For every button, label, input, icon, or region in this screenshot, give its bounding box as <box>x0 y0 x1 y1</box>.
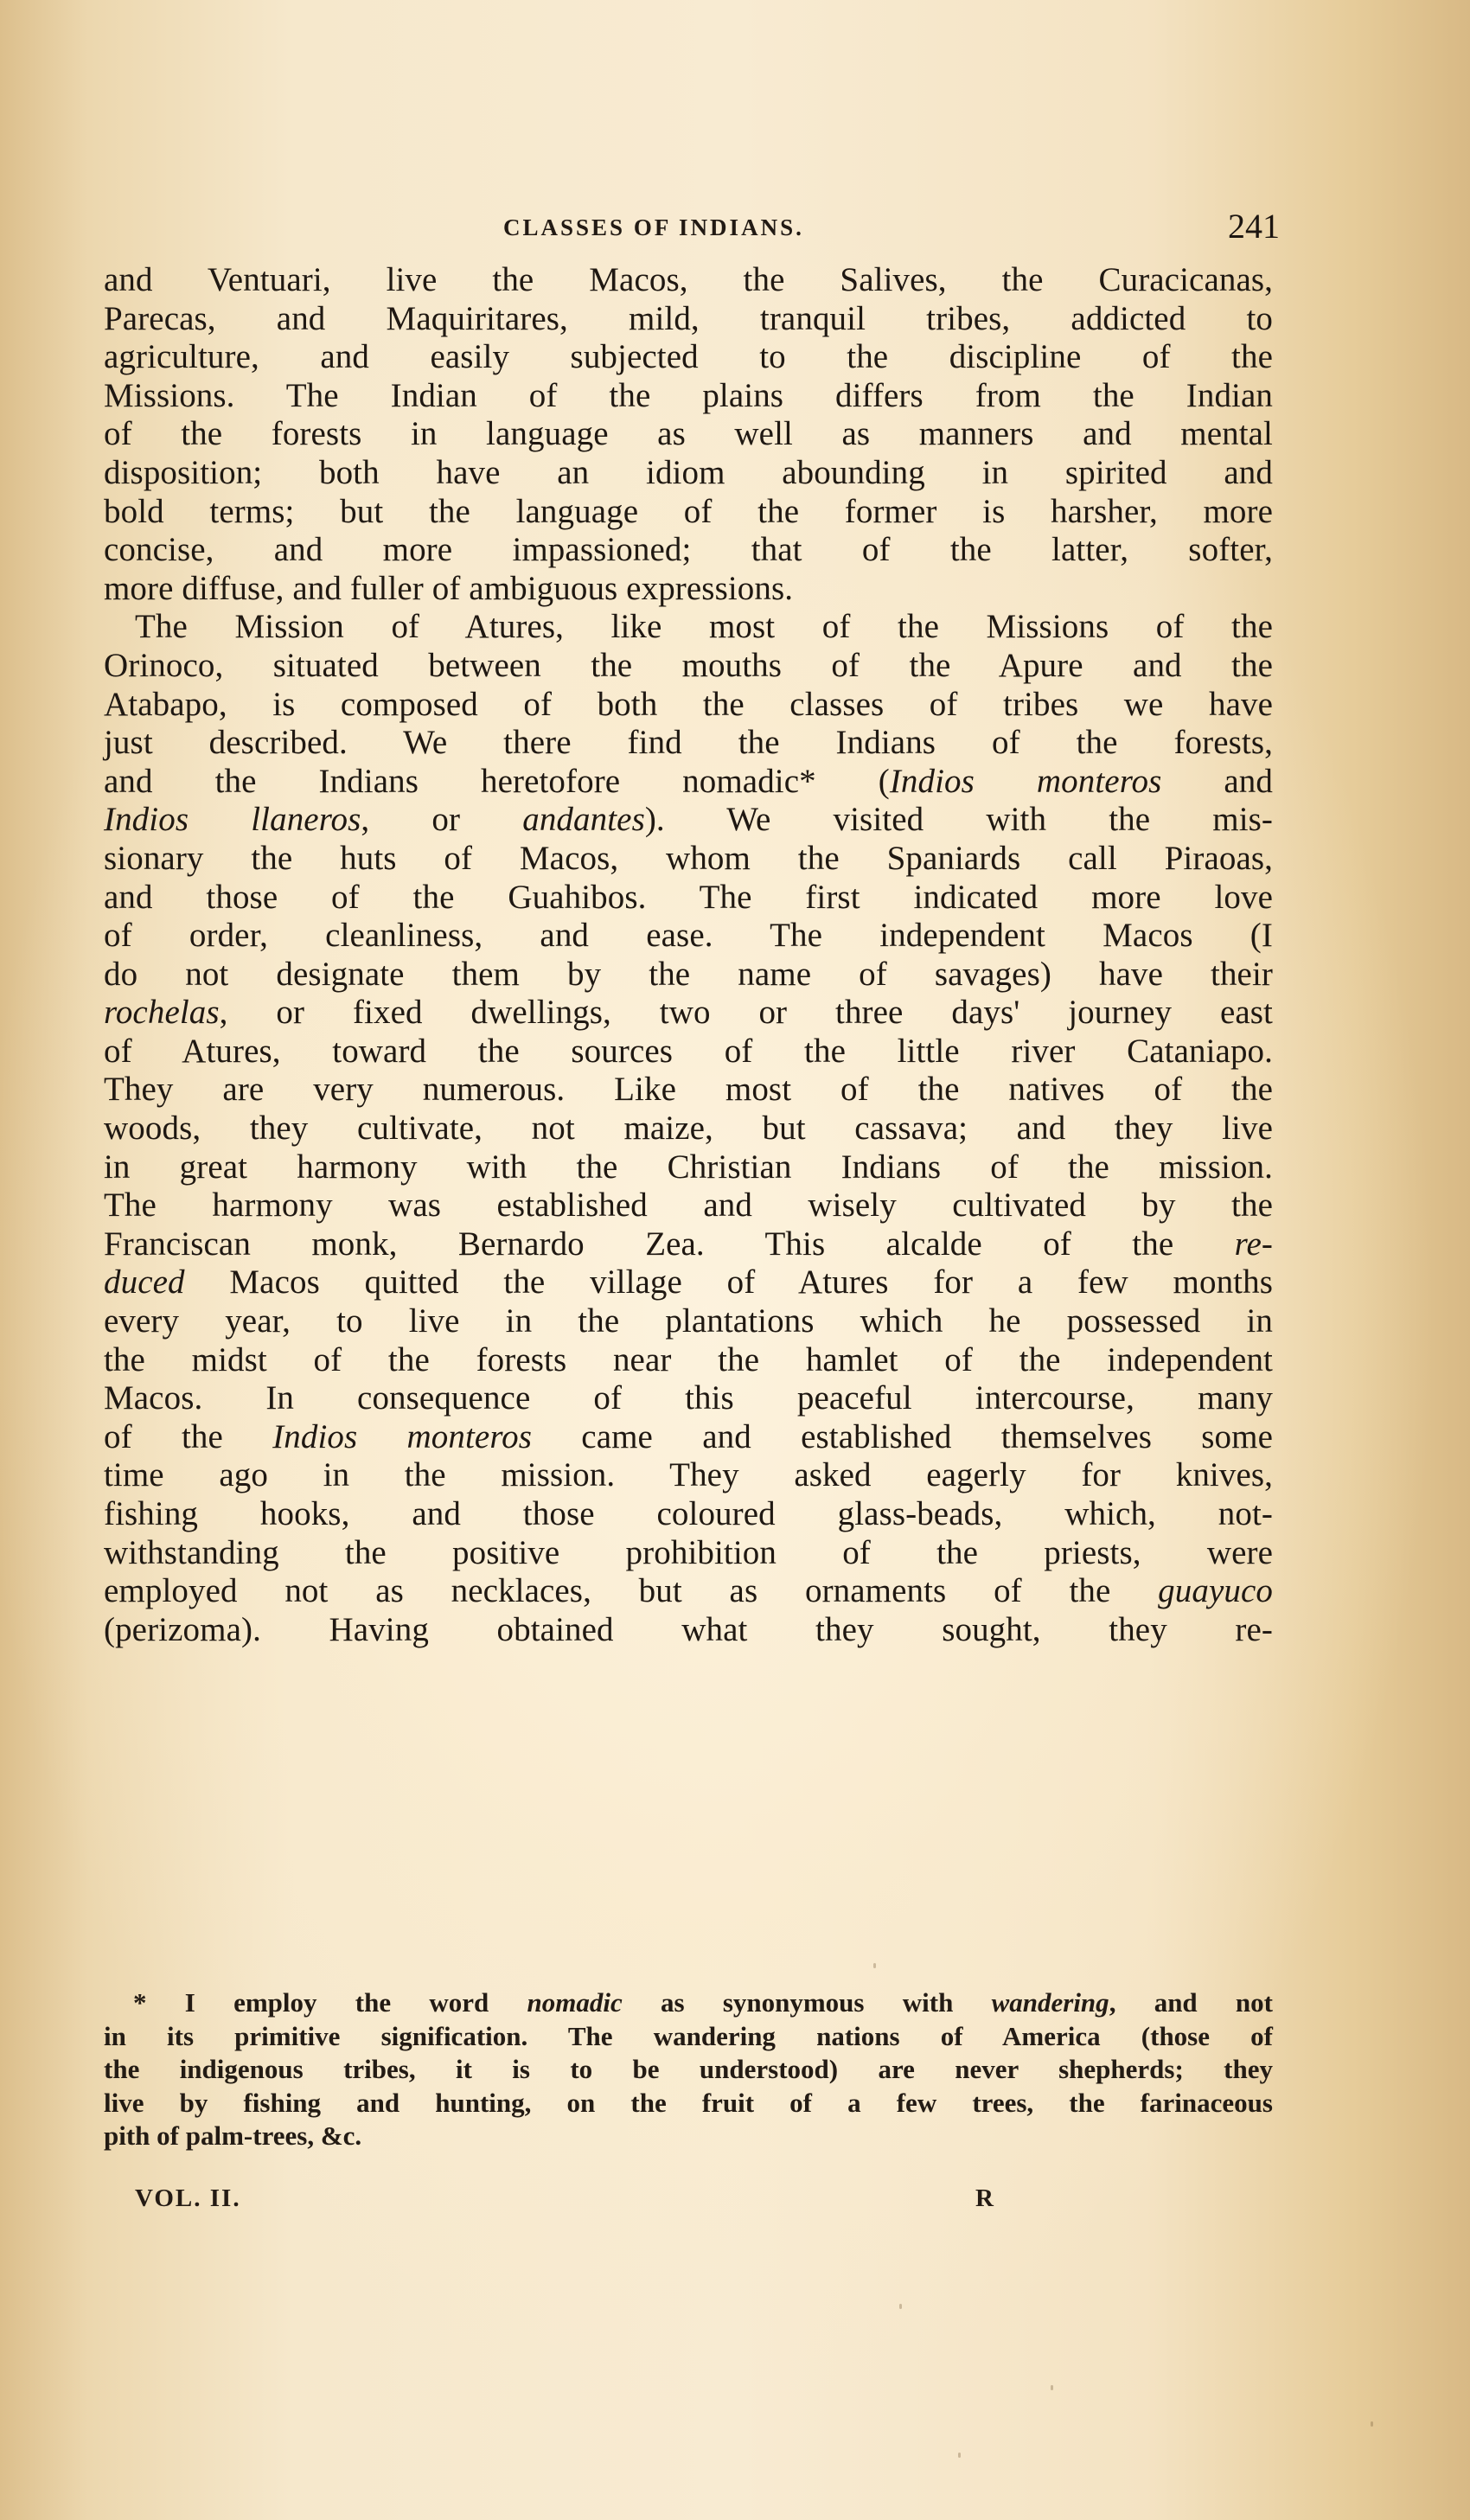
body-text: fishing hooks, and those coloured glass-… <box>104 1495 1273 1532</box>
paper-speck <box>1371 2421 1373 2427</box>
body-text: in great harmony with the Christian Indi… <box>104 1148 1273 1186</box>
body-italic-text: Indios llaneros <box>104 801 361 838</box>
body-line: do not designate them by the name of sav… <box>104 956 1273 995</box>
body-text: and the Indians heretofore nomadic* ( <box>104 763 890 800</box>
body-line: fishing hooks, and those coloured glass-… <box>104 1495 1273 1534</box>
body-text: woods, they cultivate, not maize, but ca… <box>104 1110 1273 1147</box>
body-line: of the forests in language as well as ma… <box>104 415 1273 454</box>
body-text: Orinoco, situated between the mouths of … <box>104 647 1273 684</box>
body-line: more diffuse, and fuller of ambiguous ex… <box>104 570 1273 609</box>
body-text: The Mission of Atures, like most of the … <box>135 608 1273 645</box>
body-line: Macos. In consequence of this peaceful i… <box>104 1379 1273 1418</box>
body-text: withstanding the positive prohibition of… <box>104 1534 1273 1571</box>
body-text: sionary the huts of Macos, whom the Span… <box>104 840 1273 877</box>
footnote-line: live by fishing and hunting, on the frui… <box>104 2087 1273 2120</box>
body-text: time ago in the mission. They asked eage… <box>104 1456 1273 1493</box>
footnote-line: pith of palm-trees, &c. <box>104 2120 1273 2153</box>
footnote-text: pith of palm-trees, &c. <box>104 2120 361 2151</box>
body-line: duced Macos quitted the village of Ature… <box>104 1263 1273 1302</box>
signature-line: VOL. II. R <box>104 2179 1273 2223</box>
body-italic-text: re- <box>1235 1225 1273 1263</box>
body-italic-text: guayuco <box>1158 1572 1273 1609</box>
body-text: The harmony was established and wisely c… <box>104 1186 1273 1224</box>
body-text: Franciscan monk, Bernardo Zea. This alca… <box>104 1225 1235 1263</box>
body-italic-text: rochelas <box>104 994 220 1031</box>
running-title: CLASSES OF INDIANS. <box>503 214 804 241</box>
body-line: of order, cleanliness, and ease. The ind… <box>104 917 1273 956</box>
body-line: The Mission of Atures, like most of the … <box>104 608 1273 647</box>
book-page: CLASSES OF INDIANS. 241 and Ventuari, li… <box>0 0 1470 2520</box>
body-line: Atabapo, is composed of both the classes… <box>104 686 1273 725</box>
body-italic-text: Indios monteros <box>890 763 1162 800</box>
body-text: and <box>1161 763 1273 800</box>
body-text: ). We visited with the mis- <box>645 801 1273 838</box>
body-text: every year, to live in the plantations w… <box>104 1302 1273 1340</box>
body-text: They are very numerous. Like most of the… <box>104 1071 1273 1108</box>
body-text: bold terms; but the language of the form… <box>104 493 1273 530</box>
volume-label: VOL. II. <box>135 2184 241 2213</box>
body-text: Macos. In consequence of this peaceful i… <box>104 1379 1273 1417</box>
paper-speck <box>958 2453 961 2458</box>
body-text: disposition; both have an idiom aboundin… <box>104 454 1273 491</box>
body-line: Indios llaneros, or andantes). We visite… <box>104 801 1273 840</box>
body-line: of the Indios monteros came and establis… <box>104 1418 1273 1457</box>
body-line: (perizoma). Having obtained what they so… <box>104 1611 1273 1650</box>
body-text: and Ventuari, live the Macos, the Salive… <box>104 261 1273 298</box>
footnote-text: * I employ the word <box>133 1987 527 2018</box>
body-text: of order, cleanliness, and ease. The ind… <box>104 917 1273 954</box>
body-line: Orinoco, situated between the mouths of … <box>104 647 1273 686</box>
paper-speck <box>899 2304 902 2309</box>
body-text: of Atures, toward the sources of the lit… <box>104 1033 1273 1070</box>
body-text: just described. We there find the Indian… <box>104 724 1273 761</box>
body-text: the midst of the forests near the hamlet… <box>104 1341 1273 1378</box>
body-line: The harmony was established and wisely c… <box>104 1186 1273 1225</box>
body-text: came and established themselves some <box>532 1418 1273 1455</box>
footnote: * I employ the word nomadic as synonymou… <box>104 1986 1273 2153</box>
body-text: do not designate them by the name of sav… <box>104 956 1273 993</box>
body-line: disposition; both have an idiom aboundin… <box>104 454 1273 493</box>
footnote-line: in its primitive signification. The wand… <box>104 2020 1273 2054</box>
running-head: CLASSES OF INDIANS. 241 <box>104 206 1273 249</box>
body-text: more diffuse, and fuller of ambiguous ex… <box>104 570 793 607</box>
signature-mark: R <box>975 2184 994 2213</box>
footnote-line: the indigenous tribes, it is to be under… <box>104 2053 1273 2087</box>
body-line: sionary the huts of Macos, whom the Span… <box>104 840 1273 879</box>
body-text: Missions. The Indian of the plains diffe… <box>104 377 1273 414</box>
footnote-text: in its primitive signification. The wand… <box>104 2021 1273 2051</box>
body-line: Parecas, and Maquiritares, mild, tranqui… <box>104 300 1273 339</box>
body-text: of the <box>104 1418 272 1455</box>
body-text: , or <box>361 801 522 838</box>
body-line: of Atures, toward the sources of the lit… <box>104 1033 1273 1071</box>
body-line: every year, to live in the plantations w… <box>104 1302 1273 1341</box>
body-line: Franciscan monk, Bernardo Zea. This alca… <box>104 1225 1273 1264</box>
body-text: of the forests in language as well as ma… <box>104 415 1273 452</box>
body-text: , or fixed dwellings, two or three days'… <box>220 994 1273 1031</box>
paper-speck <box>1051 2385 1053 2390</box>
body-line: bold terms; but the language of the form… <box>104 493 1273 532</box>
body-line: in great harmony with the Christian Indi… <box>104 1148 1273 1187</box>
footnote-text: the indigenous tribes, it is to be under… <box>104 2054 1273 2084</box>
body-text: and those of the Guahibos. The first ind… <box>104 879 1273 916</box>
body-line: employed not as necklaces, but as orname… <box>104 1572 1273 1611</box>
body-line: and those of the Guahibos. The first ind… <box>104 879 1273 918</box>
footnote-text: , and not <box>1109 1987 1273 2018</box>
body-text: Parecas, and Maquiritares, mild, tranqui… <box>104 300 1273 337</box>
body-line: woods, they cultivate, not maize, but ca… <box>104 1110 1273 1148</box>
body-line: the midst of the forests near the hamlet… <box>104 1341 1273 1380</box>
page-number: 241 <box>1228 206 1280 246</box>
body-text: Macos quitted the village of Atures for … <box>185 1263 1273 1301</box>
body-text: and Ventuari, live the Macos, the Salive… <box>104 261 1273 1649</box>
body-italic-text: Indios monteros <box>272 1418 532 1455</box>
body-text: agriculture, and easily subjected to the… <box>104 338 1273 375</box>
footnote-text: live by fishing and hunting, on the frui… <box>104 2088 1273 2118</box>
footnote-text: as synonymous with <box>623 1987 992 2018</box>
footnote-line: * I employ the word nomadic as synonymou… <box>104 1986 1273 2020</box>
body-text: employed not as necklaces, but as orname… <box>104 1572 1158 1609</box>
body-line: concise, and more impassioned; that of t… <box>104 531 1273 570</box>
body-line: withstanding the positive prohibition of… <box>104 1534 1273 1573</box>
body-line: and Ventuari, live the Macos, the Salive… <box>104 261 1273 300</box>
body-text: Atabapo, is composed of both the classes… <box>104 686 1273 723</box>
body-line: and the Indians heretofore nomadic* (Ind… <box>104 763 1273 802</box>
body-line: rochelas, or fixed dwellings, two or thr… <box>104 994 1273 1033</box>
footnote-italic-text: nomadic <box>527 1987 623 2018</box>
paper-speck <box>873 1963 876 1968</box>
body-line: time ago in the mission. They asked eage… <box>104 1456 1273 1495</box>
footnote-italic-text: wandering <box>992 1987 1109 2018</box>
body-line: They are very numerous. Like most of the… <box>104 1071 1273 1110</box>
body-text: (perizoma). Having obtained what they so… <box>104 1611 1273 1648</box>
body-italic-text: duced <box>104 1263 185 1301</box>
body-line: agriculture, and easily subjected to the… <box>104 338 1273 377</box>
body-text: concise, and more impassioned; that of t… <box>104 531 1273 568</box>
body-italic-text: andantes <box>522 801 645 838</box>
body-line: Missions. The Indian of the plains diffe… <box>104 377 1273 416</box>
body-line: just described. We there find the Indian… <box>104 724 1273 763</box>
